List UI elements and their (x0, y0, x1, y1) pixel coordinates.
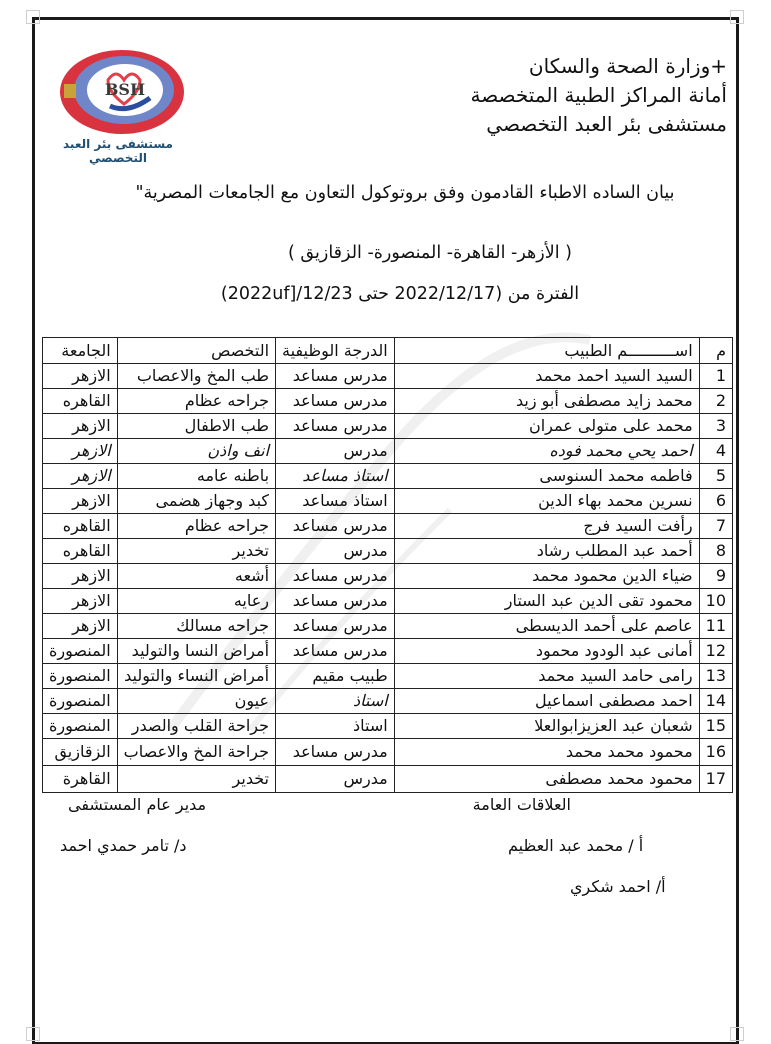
cell-specialty: انف واذن (117, 439, 275, 464)
public-relations-title: العلاقات العامة (473, 795, 571, 814)
cell-num: 10 (699, 589, 732, 614)
cell-university: القاهره (43, 514, 118, 539)
logo-monogram: BSH (105, 80, 145, 99)
cell-grade: استاذ مساعد (276, 464, 395, 489)
cell-specialty: طب المخ والاعصاب (117, 364, 275, 389)
corner-mark-top-right (730, 10, 744, 24)
cell-specialty: كبد وجهاز هضمى (117, 489, 275, 514)
cell-name: السيد السيد احمد محمد (394, 364, 699, 389)
table-row: 7 رأفت السيد فرج مدرس مساعد جراحه عظام ا… (43, 514, 733, 539)
logo-caption: مستشفى بئر العبد التخصصي (48, 137, 188, 165)
public-relations-signatory-1: أ / محمد عبد العظيم (508, 836, 643, 855)
cell-name: محمود محمد مصطفى (394, 766, 699, 793)
cell-grade: مدرس مساعد (276, 639, 395, 664)
cell-university: الازهر (43, 439, 118, 464)
table-header-row: م اســــــــــم الطبيب الدرجة الوظيفية ا… (43, 338, 733, 364)
cell-specialty: رعايه (117, 589, 275, 614)
cell-specialty: تخدير (117, 539, 275, 564)
cell-name: شعبان عبد العزيزابوالعلا (394, 714, 699, 739)
cell-university: الازهر (43, 489, 118, 514)
ministry-name: +وزارة الصحة والسكان (470, 52, 727, 81)
col-header-specialty: التخصص (117, 338, 275, 364)
cell-university: القاهره (43, 389, 118, 414)
period-subtitle: الفترة من (2022/12/17 حتى 2022uf]/12/23) (130, 284, 670, 304)
cell-specialty: أمراض النسا والتوليد (117, 639, 275, 664)
cell-grade: استاذ (276, 689, 395, 714)
col-header-name: اســــــــــم الطبيب (394, 338, 699, 364)
table-row: 15 شعبان عبد العزيزابوالعلا استاذ جراحة … (43, 714, 733, 739)
cell-num: 16 (699, 739, 732, 766)
cell-specialty: تخدير (117, 766, 275, 793)
cell-num: 6 (699, 489, 732, 514)
corner-mark-bottom-right (730, 1027, 744, 1041)
table-row: 5 فاطمه محمد السنوسى استاذ مساعد باطنه ع… (43, 464, 733, 489)
cell-specialty: أشعه (117, 564, 275, 589)
cell-num: 4 (699, 439, 732, 464)
table-row: 9 ضياء الدين محمود محمد مدرس مساعد أشعه … (43, 564, 733, 589)
cell-grade: استاذ (276, 714, 395, 739)
cell-name: فاطمه محمد السنوسى (394, 464, 699, 489)
corner-mark-top-left (26, 10, 40, 24)
cell-university: الازهر (43, 364, 118, 389)
table-row: 11 عاصم على أحمد الديسطى مدرس مساعد جراح… (43, 614, 733, 639)
cell-university: المنصورة (43, 639, 118, 664)
table-row: 8 أحمد عبد المطلب رشاد مدرس تخدير القاهر… (43, 539, 733, 564)
cell-grade: مدرس مساعد (276, 364, 395, 389)
cell-grade: مدرس مساعد (276, 614, 395, 639)
cell-university: المنصورة (43, 689, 118, 714)
table-row: 6 نسرين محمد بهاء الدين استاذ مساعد كبد … (43, 489, 733, 514)
director-title: مدير عام المستشفى (68, 795, 206, 814)
cell-grade: مدرس مساعد (276, 564, 395, 589)
cell-name: احمد مصطفى اسماعيل (394, 689, 699, 714)
cell-num: 17 (699, 766, 732, 793)
public-relations-signatory-2: أ/ احمد شكري (570, 877, 666, 896)
table-row: 14 احمد مصطفى اسماعيل استاذ عيون المنصور… (43, 689, 733, 714)
cell-num: 7 (699, 514, 732, 539)
table-row: 12 أمانى عبد الودود محمود مدرس مساعد أمر… (43, 639, 733, 664)
cell-specialty: جراحه عظام (117, 514, 275, 539)
cell-name: محمود محمد محمد (394, 739, 699, 766)
cell-num: 12 (699, 639, 732, 664)
cell-specialty: طب الاطفال (117, 414, 275, 439)
cell-specialty: جراحه عظام (117, 389, 275, 414)
cell-grade: مدرس مساعد (276, 739, 395, 766)
cell-university: الازهر (43, 414, 118, 439)
table-row: 4 احمد يحي محمد فوده مدرس انف واذن الازه… (43, 439, 733, 464)
egypt-eagle-icon (64, 84, 76, 98)
cell-specialty: جراحه مسالك (117, 614, 275, 639)
cell-grade: مدرس (276, 766, 395, 793)
cell-name: احمد يحي محمد فوده (394, 439, 699, 464)
cell-grade: مدرس مساعد (276, 414, 395, 439)
cell-university: الازهر (43, 564, 118, 589)
document-title: بيان الساده الاطباء القادمون وفق بروتوكو… (60, 183, 750, 203)
table-row: 3 محمد على متولى عمران مدرس مساعد طب الا… (43, 414, 733, 439)
cell-grade: مدرس مساعد (276, 389, 395, 414)
ministry-header: +وزارة الصحة والسكان أمانة المراكز الطبي… (470, 52, 727, 139)
cell-university: القاهرة (43, 766, 118, 793)
cell-num: 14 (699, 689, 732, 714)
cell-grade: مدرس مساعد (276, 514, 395, 539)
cell-num: 1 (699, 364, 732, 389)
secretariat-name: أمانة المراكز الطبية المتخصصة (470, 81, 727, 110)
table-row: 10 محمود تقى الدين عبد الستار مدرس مساعد… (43, 589, 733, 614)
cell-university: الازهر (43, 614, 118, 639)
cell-specialty: جراحة القلب والصدر (117, 714, 275, 739)
universities-subtitle: ( الأزهر- القاهرة- المنصورة- الزقازيق ) (180, 243, 680, 263)
corner-mark-bottom-left (26, 1027, 40, 1041)
cell-name: محمد زايد مصطفى أبو زيد (394, 389, 699, 414)
table-row: 2 محمد زايد مصطفى أبو زيد مدرس مساعد جرا… (43, 389, 733, 414)
cell-name: عاصم على أحمد الديسطى (394, 614, 699, 639)
cell-grade: استاذ مساعد (276, 489, 395, 514)
cell-university: المنصورة (43, 714, 118, 739)
cell-grade: طبيب مقيم (276, 664, 395, 689)
col-header-university: الجامعة (43, 338, 118, 364)
cell-name: نسرين محمد بهاء الدين (394, 489, 699, 514)
cell-name: رأفت السيد فرج (394, 514, 699, 539)
cell-num: 5 (699, 464, 732, 489)
doctors-table: م اســــــــــم الطبيب الدرجة الوظيفية ا… (42, 337, 733, 793)
cell-name: محمد على متولى عمران (394, 414, 699, 439)
cell-num: 15 (699, 714, 732, 739)
table-row: 1 السيد السيد احمد محمد مدرس مساعد طب ال… (43, 364, 733, 389)
cell-num: 2 (699, 389, 732, 414)
cell-university: الزقازيق (43, 739, 118, 766)
cell-university: الازهر (43, 464, 118, 489)
director-signatory: د/ تامر حمدي احمد (60, 836, 187, 855)
col-header-num: م (699, 338, 732, 364)
cell-specialty: عيون (117, 689, 275, 714)
cell-university: الازهر (43, 589, 118, 614)
cell-grade: مدرس (276, 539, 395, 564)
hospital-name: مستشفى بئر العبد التخصصي (470, 110, 727, 139)
cell-num: 3 (699, 414, 732, 439)
cell-num: 13 (699, 664, 732, 689)
table-row: 17 محمود محمد مصطفى مدرس تخدير القاهرة (43, 766, 733, 793)
cell-num: 8 (699, 539, 732, 564)
cell-university: المنصورة (43, 664, 118, 689)
cell-name: ضياء الدين محمود محمد (394, 564, 699, 589)
cell-university: القاهره (43, 539, 118, 564)
cell-grade: مدرس (276, 439, 395, 464)
cell-name: أمانى عبد الودود محمود (394, 639, 699, 664)
cell-specialty: جراحة المخ والاعصاب (117, 739, 275, 766)
cell-grade: مدرس مساعد (276, 589, 395, 614)
cell-num: 11 (699, 614, 732, 639)
table-row: 13 رامى حامد السيد محمد طبيب مقيم أمراض … (43, 664, 733, 689)
cell-name: رامى حامد السيد محمد (394, 664, 699, 689)
cell-name: محمود تقى الدين عبد الستار (394, 589, 699, 614)
cell-specialty: أمراض النساء والتوليد (117, 664, 275, 689)
col-header-grade: الدرجة الوظيفية (276, 338, 395, 364)
cell-num: 9 (699, 564, 732, 589)
cell-specialty: باطنه عامه (117, 464, 275, 489)
table-row: 16 محمود محمد محمد مدرس مساعد جراحة المخ… (43, 739, 733, 766)
cell-name: أحمد عبد المطلب رشاد (394, 539, 699, 564)
